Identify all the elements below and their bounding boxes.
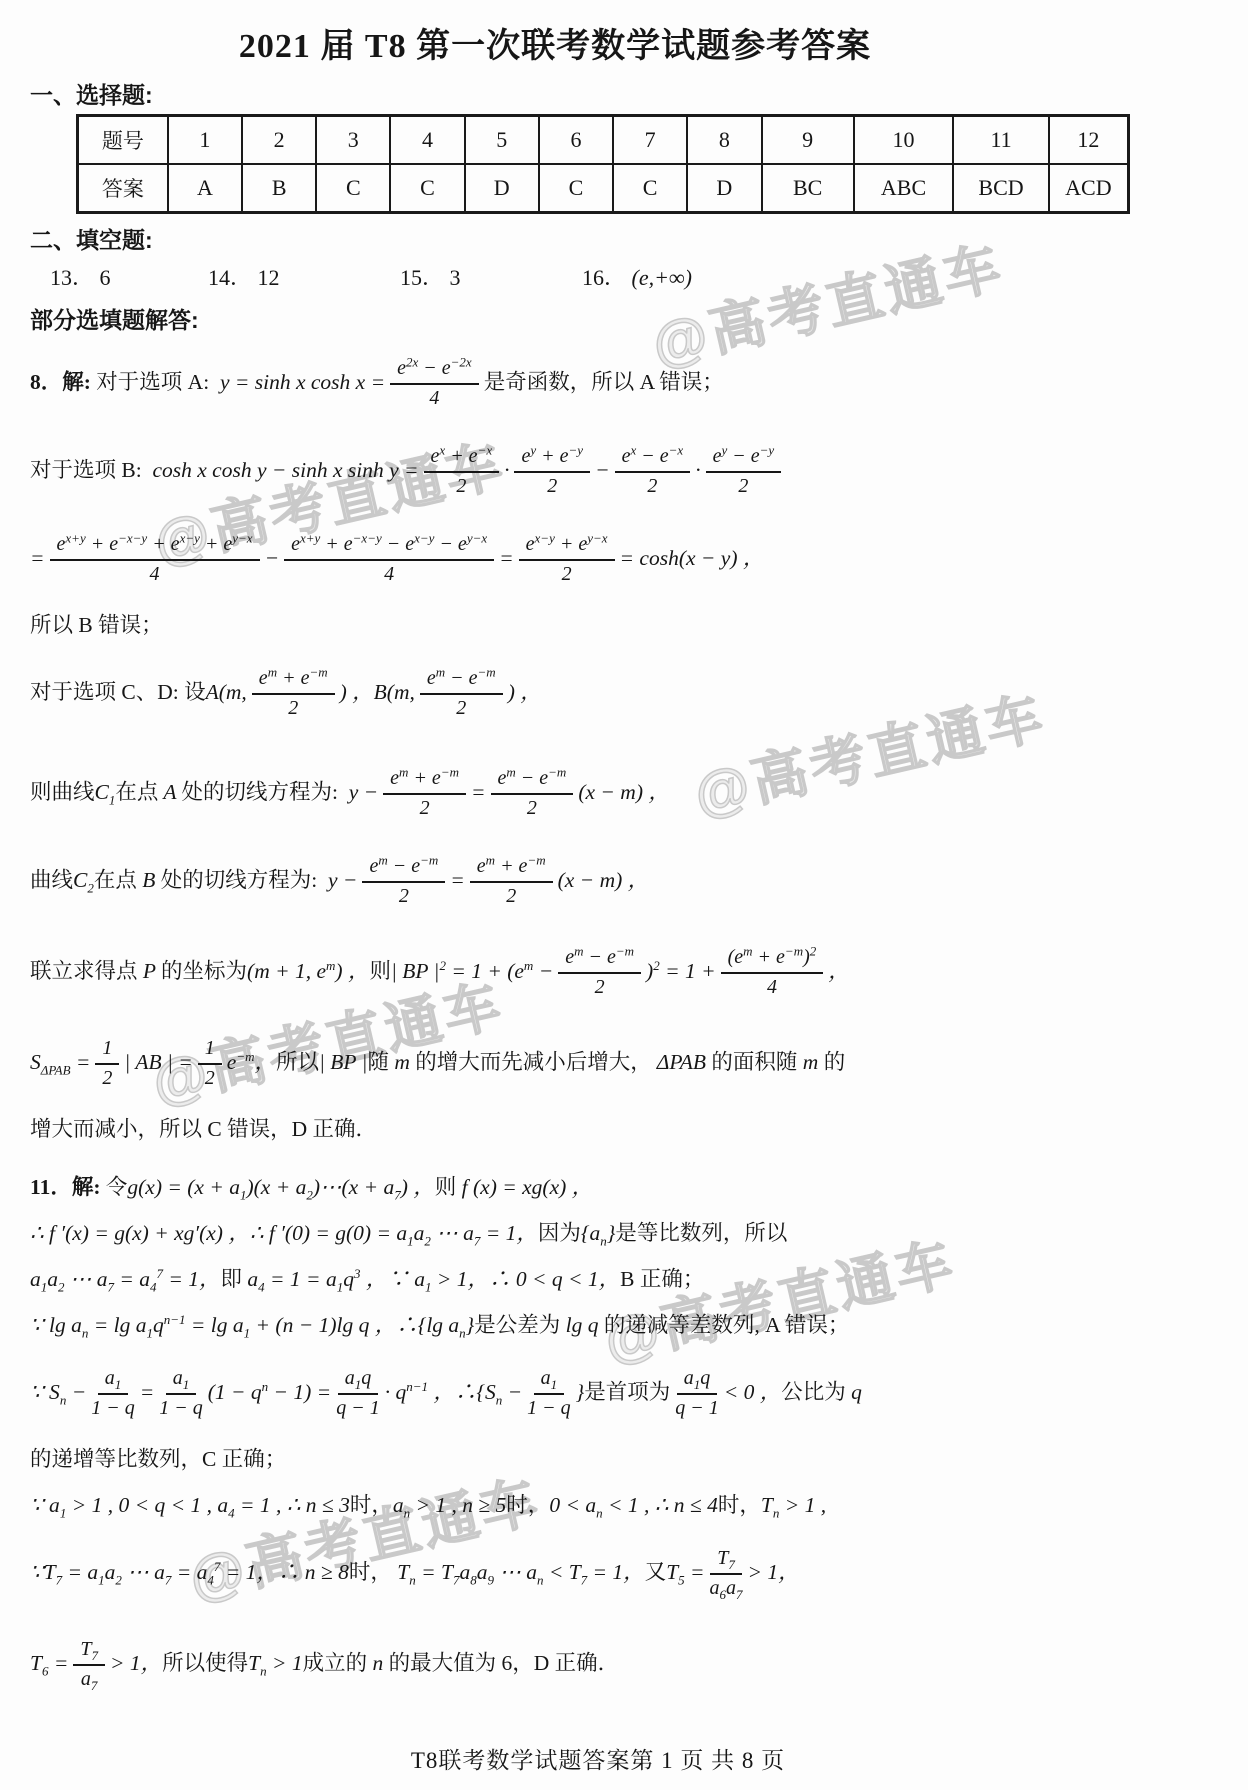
fraction-numerator: T7 [73,1637,105,1666]
math-text: = [471,779,486,806]
cjk-text: 公比为 [781,1379,846,1406]
cjk-text: 时， [718,1492,761,1519]
fill-answer-item: 15． 3 [400,261,582,292]
cjk-text: 的最大值为 6，D 正确． [389,1650,620,1677]
solution-line: 对于选项 B: cosh x cosh y − sinh x sinh y =e… [30,427,1130,513]
fraction-denominator: 2 [399,883,409,907]
row-label-answer: 答案 [78,164,168,213]
fraction-denominator: 2 [547,473,557,497]
fraction-denominator: q − 1 [675,1395,719,1419]
fraction-numerator: ex+y + e−x−y − ex−y − ey−x [284,532,494,561]
math-text: = [30,545,45,572]
math-text: y = sinh x cosh x = [215,369,386,396]
math-text: Tn > 1 [248,1650,302,1677]
cjk-text: 是奇函数，所以 A 错误； [484,369,724,396]
fraction-denominator: 4 [150,561,160,585]
math-text: lg q [560,1312,604,1339]
math-text: ， [828,958,850,985]
fraction-denominator: 4 [767,974,777,998]
fraction: ex−y + ey−x2 [519,532,615,585]
math-text: (x − m) ， [558,867,650,894]
math-text: (x − m) ， [578,779,670,806]
math-text: T6 = [30,1650,68,1677]
cjk-text: 是首项为 [584,1379,670,1406]
bold-label: 8．解: [30,369,96,396]
answer-cell: ABC [854,164,953,213]
answer-row: 答案 ABCCDCCDBCABCBCDACD [78,164,1129,213]
fraction-denominator: 2 [456,695,466,719]
solution-line: ∴ f ′(x) = g(x) + xg′(x) ，∴ f ′(0) = g(0… [30,1211,1130,1255]
math-text: − [595,457,610,484]
math-text: m [389,1049,415,1076]
question-number-cell: 1 [168,116,242,165]
cjk-text: 即 [221,1266,243,1293]
exam-answer-page: @高考直通车 @高考直通车 @高考直通车 @高考直通车 @高考直通车 @高考直通… [0,0,1248,1790]
solution-line: 联立求得点 P 的坐标为(m + 1, em) ，则| BP |2 = 1 + … [30,925,1130,1017]
question-number-cell: 3 [316,116,390,165]
math-text: = [140,1379,155,1406]
math-text: Tn = T7a8a9 ⋯ an < T7 = 1， [392,1559,645,1586]
math-text: > 1， [110,1650,162,1677]
fraction: a11 − q [91,1366,135,1419]
solution-line: ∵ a1 > 1 , 0 < q < 1 , a4 = 1 , ∴ n ≤ 3时… [30,1483,1130,1527]
answer-value: 3 [450,265,461,290]
fill-answers: 13． 614． 1215． 316． (e,+∞) [50,261,1130,292]
solution-line: T6 =T7a7> 1，所以使得Tn > 1成立的 n 的最大值为 6，D 正确… [30,1617,1130,1709]
answer-cell: A [168,164,242,213]
cjk-text: 增大而减小，所以 C 错误，D 正确． [30,1116,377,1143]
page-footer: T8联考数学试题答案第 1 页 共 8 页 [0,1742,1196,1775]
question-number-cell: 12 [1049,116,1129,165]
fraction-denominator: 2 [288,695,298,719]
solution-line: ∵T7 = a1a2 ⋯ a7 = a47 = 1，∴ n ≥ 8时， Tn =… [30,1529,1130,1615]
question-number: 13． [50,265,100,290]
fraction-numerator: (em + e−m)2 [721,945,824,974]
solution-line: SΔPAB =12| AB | =12e−m，所以| BP |随 m 的增大而先… [30,1019,1130,1105]
fraction-numerator: em − e−m [558,945,641,974]
cjk-text: 的递减等差数列, A 错误； [604,1312,849,1339]
cjk-text: 所以 B 错误； [30,612,163,639]
answer-cell: C [316,164,390,213]
fraction: ex+y + e−x−y + ex−y + ey−x4 [50,532,260,585]
cjk-text: 则曲线 [30,779,95,806]
math-text: A(m, [206,679,247,706]
question-number-cell: 8 [687,116,761,165]
cjk-text: 则 [369,958,391,985]
math-text: f (x) = xg(x) ， [456,1174,593,1201]
fraction: em + e−m2 [470,854,553,907]
question-number-cell: 2 [242,116,316,165]
fraction: ex + e−x2 [424,444,500,497]
math-text: SΔPAB = [30,1049,90,1076]
fraction-denominator: 2 [647,473,657,497]
cjk-text: 的坐标为 [161,958,247,985]
answer-cell: D [465,164,539,213]
fraction-denominator: 4 [429,385,439,409]
fraction-denominator: a6a7 [710,1575,743,1599]
math-text: } [576,1379,585,1406]
fill-answer-item: 13． 6 [50,261,208,292]
math-text: g(x) = (x + a1)(x + a2)⋯(x + a7) ， [127,1174,434,1201]
math-text: ∵ a1 > 1 , 0 < q < 1 , a4 = 1 , ∴ n ≤ 3 [30,1492,350,1519]
cjk-text: 联立求得点 [30,958,138,985]
solution-line: 对于选项 C、D: 设A(m,em + e−m2) ，B(m,em − e−m2… [30,649,1130,735]
math-text: · qn−1 ，∴{Sn − [385,1379,522,1406]
cjk-text: 是等比数列，所以 [615,1220,787,1247]
fraction-numerator: ex+y + e−x−y + ex−y + ey−x [50,532,260,561]
fraction: em − e−m2 [558,945,641,998]
answer-cell: ACD [1049,164,1129,213]
math-text: P [138,958,162,985]
math-text: ) ，B(m, [340,679,415,706]
fraction: em − e−m2 [420,666,503,719]
math-text: | AB | = [124,1049,192,1076]
math-text: | BP | [319,1049,367,1076]
fraction: em − e−m2 [362,854,445,907]
fraction-numerator: 1 [198,1036,222,1065]
question-number-cell: 5 [465,116,539,165]
math-text: n [367,1650,389,1677]
answer-value: 6 [100,265,111,290]
solution-line: 曲线C2在点 B 处的切线方程为: y −em − e−m2=em + e−m2… [30,837,1130,923]
answer-table: 题号 123456789101112 答案 ABCCDCCDBCABCBCDAC… [76,114,1130,214]
math-text: = cosh(x − y) ， [620,545,765,572]
cjk-text: 曲线 [30,867,73,894]
fraction-numerator: ex + e−x [424,444,500,473]
math-text: < 0 ， [724,1379,782,1406]
math-text: C1 [95,779,116,806]
fraction-numerator: e2x − e−2x [390,356,479,385]
fraction-numerator: em − e−m [491,766,574,795]
cjk-text: B 正确； [620,1266,704,1293]
solution-line: 则曲线C1在点 A 处的切线方程为: y −em + e−m2=em − e−m… [30,749,1130,835]
cjk-text: 对于选项 A: [96,369,214,396]
fraction: e2x − e−2x4 [390,356,479,409]
cjk-text: 令 [106,1174,128,1201]
fraction-denominator: 2 [562,561,572,585]
fraction-numerator: T7 [710,1546,742,1575]
math-text: a4 = 1 = a1q3 ，∵ a1 > 1，∴ 0 < q < 1， [242,1266,620,1293]
cjk-text: 又 [645,1559,667,1586]
cjk-text: 所以使得 [162,1650,248,1677]
solution-line: ∵ Sn −a11 − q=a11 − q(1 − qn − 1) =a1qq … [30,1349,1130,1435]
fraction: a1qq − 1 [336,1366,380,1419]
question-number-cell: 9 [762,116,854,165]
math-text: cosh x cosh y − sinh x sinh y = [147,457,418,484]
math-text: · [504,457,509,484]
fraction-numerator: ey + e−y [514,444,590,473]
cjk-text: 时， [506,1492,549,1519]
math-text: e−m， [227,1049,276,1076]
solution-line: 11．解: 令g(x) = (x + a1)(x + a2)⋯(x + a7) … [30,1165,1130,1209]
question-number-cell: 7 [613,116,687,165]
question-number-cell: 4 [390,116,464,165]
section-fill-heading: 二、填空题: [30,222,1130,255]
fraction: ex+y + e−x−y − ex−y − ey−x4 [284,532,494,585]
math-text: T5 = [666,1559,704,1586]
math-text: an > 1 , n ≥ 5 [393,1492,506,1519]
row-label-qnum: 题号 [78,116,168,165]
fraction-numerator: ey − e−y [706,444,782,473]
fraction-denominator: 1 − q [527,1395,571,1419]
question-number-cell: 11 [953,116,1049,165]
fraction: a11 − q [159,1366,203,1419]
math-text: ∵ Sn − [30,1379,86,1406]
math-text: > 1， [748,1559,800,1586]
fill-answer-item: 16． (e,+∞) [582,261,692,292]
fraction: em + e−m2 [383,766,466,819]
question-number-cell: 6 [539,116,613,165]
math-text: C2 [73,867,94,894]
section-choice-heading: 一、选择题: [30,77,1130,110]
fraction-numerator: a1 [534,1366,565,1395]
fraction-numerator: ex − e−x [615,444,691,473]
math-text: 0 < an < 1 , ∴ n ≤ 4 [549,1492,718,1519]
answer-cell: B [242,164,316,213]
cjk-text: 处的切线方程为: [181,779,343,806]
solution-line: =ex+y + e−x−y + ex−y + ey−x4−ex+y + e−x−… [30,515,1130,601]
math-text: ) ， [508,679,542,706]
fraction-numerator: em + e−m [252,666,335,695]
question-number-cell: 10 [854,116,953,165]
fraction-numerator: a1 [166,1366,197,1395]
answer-cell: BC [762,164,854,213]
cjk-text: 时， [350,1492,393,1519]
answer-cell: C [539,164,613,213]
fraction-numerator: em − e−m [362,854,445,883]
math-text: a1a2 ⋯ a7 = a47 = 1， [30,1266,221,1293]
cjk-text: 时， [349,1559,392,1586]
fraction-denominator: 2 [456,473,466,497]
page-content: 2021 届 T8 第一次联考数学试题参考答案 一、选择题: 题号 123456… [0,0,1130,1709]
question-number-row: 题号 123456789101112 [78,116,1129,165]
answer-value: 12 [258,265,280,290]
fraction-denominator: 2 [102,1065,112,1089]
cjk-text: 处的切线方程为: [161,867,323,894]
math-text: m [797,1049,823,1076]
math-text: ∴ f ′(x) = g(x) + xg′(x) ，∴ f ′(0) = g(0… [30,1220,538,1247]
solution-lines: 8．解: 对于选项 A: y = sinh x cosh x =e2x − e−… [30,339,1130,1709]
cjk-text: 在点 [94,867,137,894]
fraction-numerator: em − e−m [420,666,503,695]
cjk-text: 对于选项 C、D: 设 [30,679,206,706]
cjk-text: 的面积随 [711,1049,797,1076]
math-text: = [499,545,514,572]
cjk-text: 的递增等比数列，C 正确； [30,1446,286,1473]
fraction: ey − e−y2 [706,444,782,497]
solution-line: 所以 B 错误； [30,603,1130,647]
math-text: − [265,545,280,572]
math-text: Tn > 1 , [761,1492,826,1519]
cjk-text: 的增大而先减小后增大， [415,1049,652,1076]
fraction-denominator: 1 − q [159,1395,203,1419]
fraction-denominator: q − 1 [336,1395,380,1419]
fraction: em + e−m2 [252,666,335,719]
fraction: em − e−m2 [491,766,574,819]
solution-line: ∵ lg an = lg a1qn−1 = lg a1 + (n − 1)lg … [30,1303,1130,1347]
fraction: (em + e−m)24 [721,945,824,998]
fraction-numerator: em + e−m [470,854,553,883]
math-text: = [450,867,465,894]
math-text: q [846,1379,862,1406]
math-text: (1 − qn − 1) = [208,1379,331,1406]
section-solutions-heading: 部分选填题解答: [30,302,1130,335]
fraction: T7a7 [73,1637,105,1690]
fraction-numerator: 1 [95,1036,119,1065]
fraction-denominator: 2 [506,883,516,907]
fraction-denominator: 1 − q [91,1395,135,1419]
fraction: a1qq − 1 [675,1366,719,1419]
solution-line: a1a2 ⋯ a7 = a47 = 1，即 a4 = 1 = a1q3 ，∵ a… [30,1257,1130,1301]
cjk-text: 成立的 [303,1650,368,1677]
math-text: (m + 1, em) ， [247,958,369,985]
fill-answer-item: 14． 12 [208,261,400,292]
fraction: 12 [95,1036,119,1089]
fraction-denominator: 2 [205,1065,215,1089]
math-text: )2 = 1 + [646,958,716,985]
fraction-numerator: ex−y + ey−x [519,532,615,561]
fraction-denominator: 2 [420,795,430,819]
answer-cell: BCD [953,164,1049,213]
cjk-text: 随 [367,1049,389,1076]
answer-value: (e,+∞) [632,265,692,290]
question-number: 15． [400,265,450,290]
question-number: 16． [582,265,632,290]
math-text: | BP |2 = 1 + (em − [391,958,553,985]
fraction: 12 [198,1036,222,1089]
fraction-numerator: a1 [98,1366,129,1395]
solution-line: 的递增等比数列，C 正确； [30,1437,1130,1481]
cjk-text: 是公差为 [474,1312,560,1339]
fraction-numerator: em + e−m [383,766,466,795]
math-text: ∵T7 = a1a2 ⋯ a7 = a47 = 1，∴ n ≥ 8 [30,1559,349,1586]
fraction: a11 − q [527,1366,571,1419]
fraction-denominator: 2 [527,795,537,819]
page-title: 2021 届 T8 第一次联考数学试题参考答案 [30,18,1080,67]
solution-line: 8．解: 对于选项 A: y = sinh x cosh x =e2x − e−… [30,339,1130,425]
fraction-denominator: 2 [595,974,605,998]
fraction: ex − e−x2 [615,444,691,497]
bold-label: 11．解: [30,1174,106,1201]
math-text: y − [343,779,378,806]
math-text: ∵ lg an = lg a1qn−1 = lg a1 + (n − 1)lg … [30,1312,474,1339]
math-text: ΔPAB [652,1049,712,1076]
answer-cell: C [390,164,464,213]
cjk-text: 所以 [276,1049,319,1076]
cjk-text: 因为 [538,1220,581,1247]
fraction-denominator: 4 [384,561,394,585]
cjk-text: 则 [435,1174,457,1201]
answer-cell: D [687,164,761,213]
math-text: · [695,457,700,484]
math-text: {an} [581,1220,615,1247]
fraction-denominator: a7 [81,1666,98,1690]
cjk-text: 在点 [115,779,158,806]
question-number: 14． [208,265,258,290]
answer-cell: C [613,164,687,213]
cjk-text: 的 [824,1049,846,1076]
math-text: B [137,867,161,894]
cjk-text: 对于选项 B: [30,457,147,484]
solution-line: 增大而减小，所以 C 错误，D 正确． [30,1107,1130,1151]
fraction: T7a6a7 [710,1546,743,1599]
fraction-denominator: 2 [738,473,748,497]
math-text: y − [323,867,358,894]
math-text: A [158,779,181,806]
fraction-numerator: a1q [677,1366,718,1395]
fraction: ey + e−y2 [514,444,590,497]
fraction-numerator: a1q [338,1366,379,1395]
